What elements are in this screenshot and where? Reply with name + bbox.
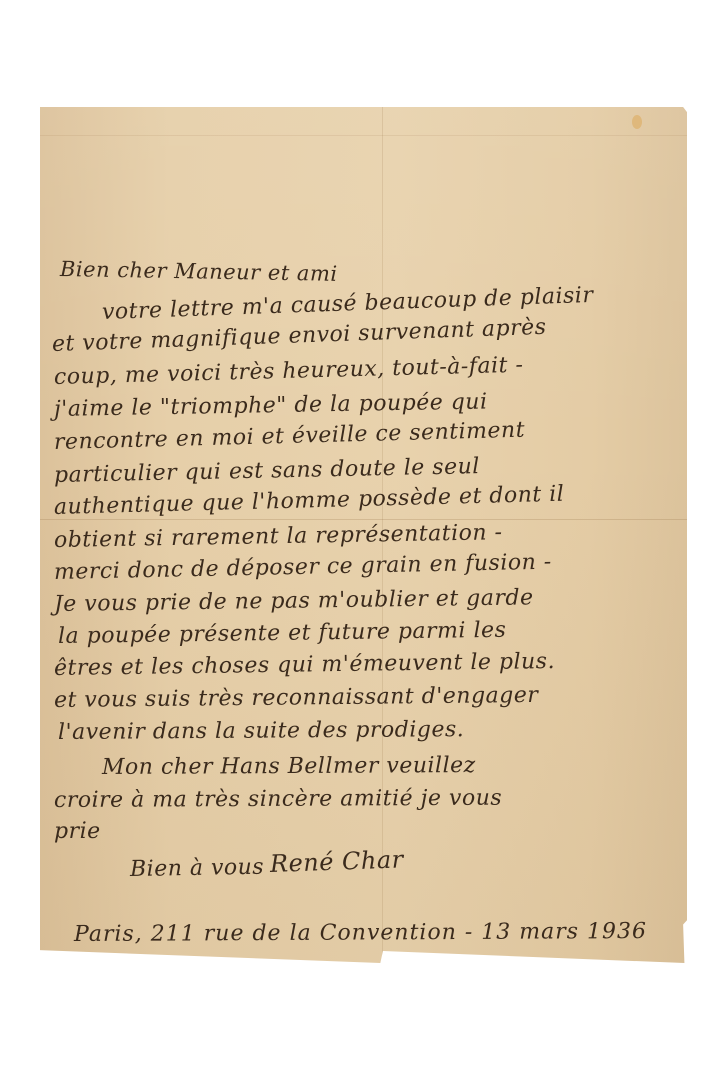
- signature: René Char: [270, 845, 405, 878]
- body-line: l'avenir dans la suite des prodiges.: [58, 717, 464, 745]
- closing-line: croire à ma très sincère amitié je vous: [54, 786, 502, 813]
- salutation: Bien cher Maneur et ami: [60, 257, 338, 286]
- body-line: merci donc de déposer ce grain en fusion…: [54, 550, 552, 585]
- closing-line: prie: [54, 819, 101, 844]
- body-line: coup, me voici très heureux, tout-à-fait…: [54, 353, 524, 390]
- letter-content: Bien cher Maneur et ami votre lettre m'a…: [40, 107, 687, 963]
- body-line: la poupée présente et future parmi les: [58, 618, 507, 649]
- letter-paper: Bien cher Maneur et ami votre lettre m'a…: [40, 107, 687, 963]
- place-and-date: Paris, 211 rue de la Convention - 13 mar…: [74, 919, 647, 947]
- closing-line: Mon cher Hans Bellmer veuillez: [102, 753, 476, 780]
- body-line: êtres et les choses qui m'émeuvent le pl…: [54, 649, 555, 681]
- body-line: obtient si rarement la représentation -: [54, 520, 503, 553]
- body-line: authentique que l'homme possède et dont …: [54, 482, 565, 520]
- body-line: particulier qui est sans doute le seul: [54, 454, 480, 488]
- body-line: rencontre en moi et éveille ce sentiment: [54, 418, 526, 455]
- sign-off: Bien à vous: [130, 855, 265, 882]
- body-line: j'aime le "triomphe" de la poupée qui: [54, 389, 488, 422]
- body-line: Je vous prie de ne pas m'oublier et gard…: [54, 585, 534, 617]
- body-line: et vous suis très reconnaissant d'engage…: [54, 683, 539, 713]
